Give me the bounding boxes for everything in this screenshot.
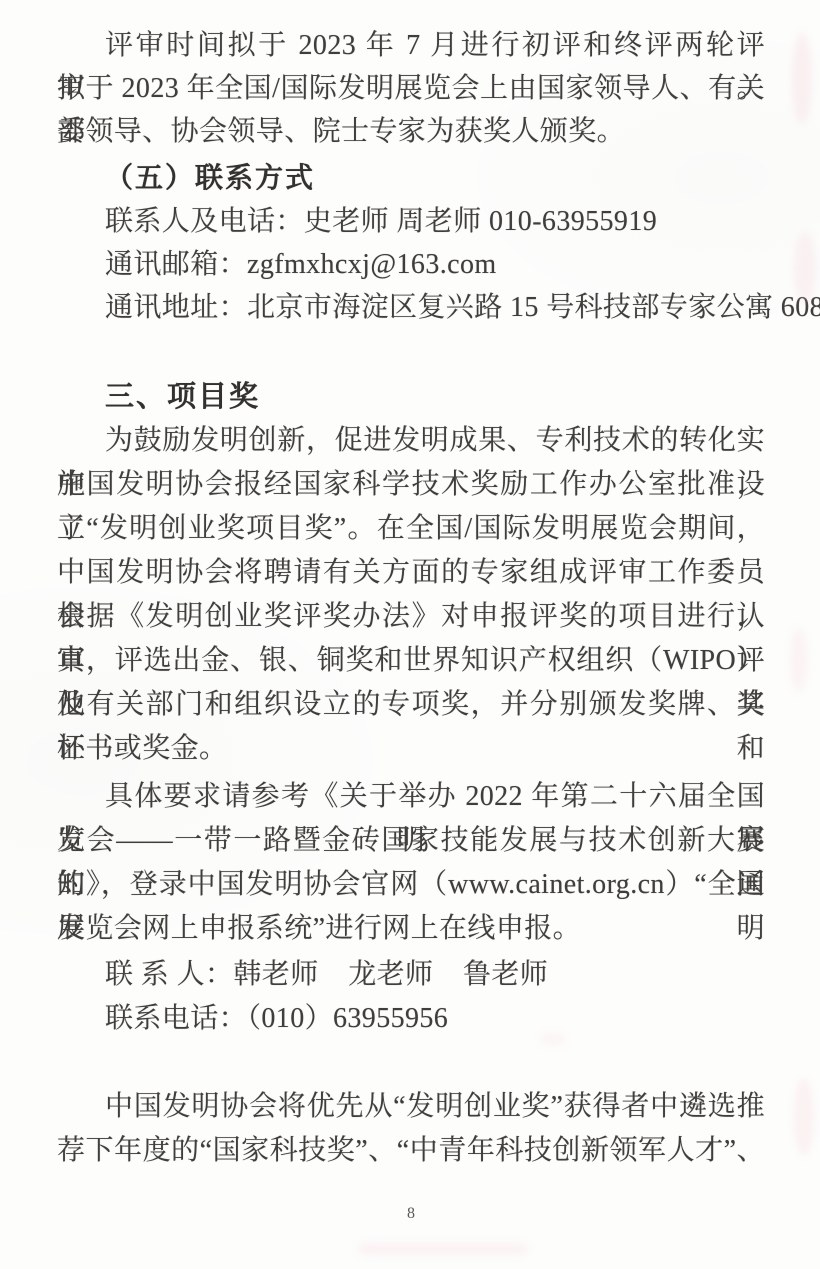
- scan-artifact-pink: [790, 628, 808, 692]
- paragraph-application-line: 具体要求请参考《关于举办 2022 年第二十六届全国发明展: [57, 775, 765, 819]
- paragraph-recommendation-line: 中国发明协会将优先从“发明创业奖”获得者中遴选推: [57, 1085, 765, 1129]
- paragraph-project-line: 为鼓励发明创新，促进发明成果、专利技术的转化实施，: [57, 419, 765, 463]
- paragraph-project-line: 证书或奖金。: [57, 727, 765, 771]
- contact2-phone-line: 联系电话：（010）63955956: [57, 997, 765, 1041]
- paragraph-project-line: 中国发明协会将聘请有关方面的专家组成评审工作委员会，: [57, 551, 765, 595]
- paragraph-review-line: 委领导、协会领导、院士专家为获奖人颁奖。: [57, 110, 765, 153]
- paragraph-review-line: 评审时间拟于 2023 年 7 月进行初评和终评两轮评审。: [57, 24, 765, 67]
- scan-artifact-pink: [794, 1078, 814, 1156]
- paragraph-application-line: 展览会网上申报系统”进行网上在线申报。: [57, 907, 765, 951]
- scanned-document-page: 评审时间拟于 2023 年 7 月进行初评和终评两轮评审。 拟于 2023 年全…: [0, 0, 820, 1269]
- heading-project-award: 三、项目奖: [57, 375, 765, 419]
- contact-person-phone-line: 联系人及电话：史老师 周老师 010-63955919: [57, 200, 765, 243]
- scan-artifact-pink: [358, 1243, 528, 1255]
- paragraph-review-line: 拟于 2023 年全国/国际发明展览会上由国家领导人、有关部: [57, 67, 765, 110]
- heading-contact-info: （五）联系方式: [57, 157, 765, 200]
- contact-email-line: 通讯邮箱：zgfmxhcxj@163.com: [57, 243, 765, 286]
- contact-address-line: 通讯地址：北京市海淀区复兴路 15 号科技部专家公寓 608: [57, 286, 765, 329]
- page-number: 8: [57, 1203, 765, 1225]
- paragraph-recommendation-line: 荐下年度的“国家科技奖”、“中青年科技创新领军人才”、: [57, 1129, 765, 1173]
- paragraph-application-line: 览会——一带一路暨金砖国家技能发展与技术创新大赛的通: [57, 819, 765, 863]
- contact2-person-line: 联 系 人：韩老师 龙老师 鲁老师: [57, 953, 765, 997]
- paragraph-project-line: 根据《发明创业奖评奖办法》对申报评奖的项目进行认真评: [57, 595, 765, 639]
- scan-artifact-pink: [792, 32, 812, 124]
- paragraph-application-line: 知》，登录中国发明协会官网（www.cainet.org.cn）“全国发明: [57, 863, 765, 907]
- paragraph-project-line: 他有关部门和组织设立的专项奖，并分别颁发奖牌、奖杯和: [57, 683, 765, 727]
- paragraph-project-line: 审，评选出金、银、铜奖和世界知识产权组织（WIPO）及其: [57, 639, 765, 683]
- paragraph-project-line: 中国发明协会报经国家科学技术奖励工作办公室批准设立: [57, 463, 765, 507]
- paragraph-project-line: 了“发明创业奖项目奖”。在全国/国际发明展览会期间，: [57, 507, 765, 551]
